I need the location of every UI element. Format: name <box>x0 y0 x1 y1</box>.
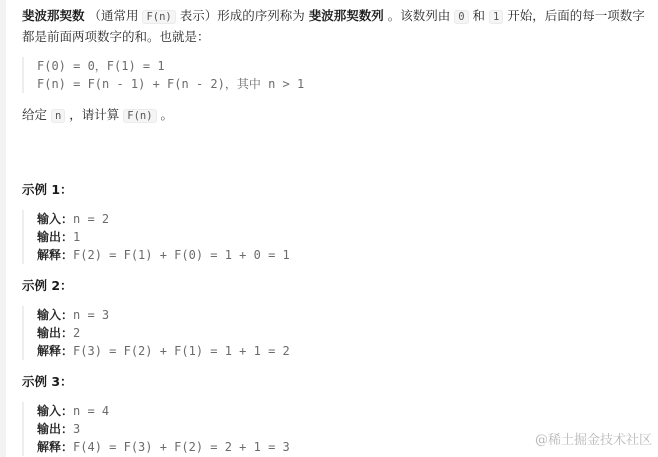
definition-block: F(0) = 0，F(1) = 1F(n) = F(n - 1) + F(n -… <box>22 57 652 93</box>
definition-line-1: F(0) = 0，F(1) = 1 <box>37 57 652 75</box>
explain-value: F(4) = F(3) + F(2) = 2 + 1 = 3 <box>73 440 290 454</box>
term-fibonacci-number: 斐波那契数 <box>22 8 85 23</box>
explain-label: 解释： <box>37 344 73 358</box>
intro-paragraph: 斐波那契数 （通常用 F(n) 表示）形成的序列称为 斐波那契数列 。该数列由 … <box>22 0 652 47</box>
output-label: 输出： <box>37 326 73 340</box>
output-label: 输出： <box>37 422 73 436</box>
left-gutter <box>0 0 6 457</box>
explain-label: 解释： <box>37 440 73 454</box>
watermark: @稀土掘金技术社区 <box>535 429 652 448</box>
inline-code-0: 0 <box>454 10 468 24</box>
inline-code-fn-2: F(n) <box>123 109 156 123</box>
example-title: 示例 1： <box>22 180 652 200</box>
input-value: n = 2 <box>73 212 109 226</box>
example-2: 示例 2： 输入：n = 3输出：2解释：F(3) = F(2) + F(1) … <box>22 276 652 360</box>
output-value: 1 <box>73 230 80 244</box>
problem-description: 斐波那契数 （通常用 F(n) 表示）形成的序列称为 斐波那契数列 。该数列由 … <box>22 0 652 456</box>
example-block: 输入：n = 2输出：1解释：F(2) = F(1) + F(0) = 1 + … <box>22 210 652 264</box>
input-label: 输入： <box>37 404 73 418</box>
input-value: n = 3 <box>73 308 109 322</box>
output-value: 2 <box>73 326 80 340</box>
output-label: 输出： <box>37 230 73 244</box>
output-value: 3 <box>73 422 80 436</box>
example-title: 示例 2： <box>22 276 652 296</box>
inline-code-fn: F(n) <box>142 10 175 24</box>
task-paragraph: 给定 n ，请计算 F(n) 。 <box>22 105 652 126</box>
explain-value: F(2) = F(1) + F(0) = 1 + 0 = 1 <box>73 248 290 262</box>
explain-label: 解释： <box>37 248 73 262</box>
input-label: 输入： <box>37 212 73 226</box>
definition-line-2: F(n) = F(n - 1) + F(n - 2)，其中 n > 1 <box>37 75 652 93</box>
input-label: 输入： <box>37 308 73 322</box>
inline-code-n: n <box>51 109 65 123</box>
inline-code-1: 1 <box>489 10 503 24</box>
example-1: 示例 1： 输入：n = 2输出：1解释：F(2) = F(1) + F(0) … <box>22 180 652 264</box>
example-title: 示例 3： <box>22 372 652 392</box>
input-value: n = 4 <box>73 404 109 418</box>
explain-value: F(3) = F(2) + F(1) = 1 + 1 = 2 <box>73 344 290 358</box>
example-block: 输入：n = 3输出：2解释：F(3) = F(2) + F(1) = 1 + … <box>22 306 652 360</box>
term-fibonacci-sequence: 斐波那契数列 <box>309 8 384 23</box>
